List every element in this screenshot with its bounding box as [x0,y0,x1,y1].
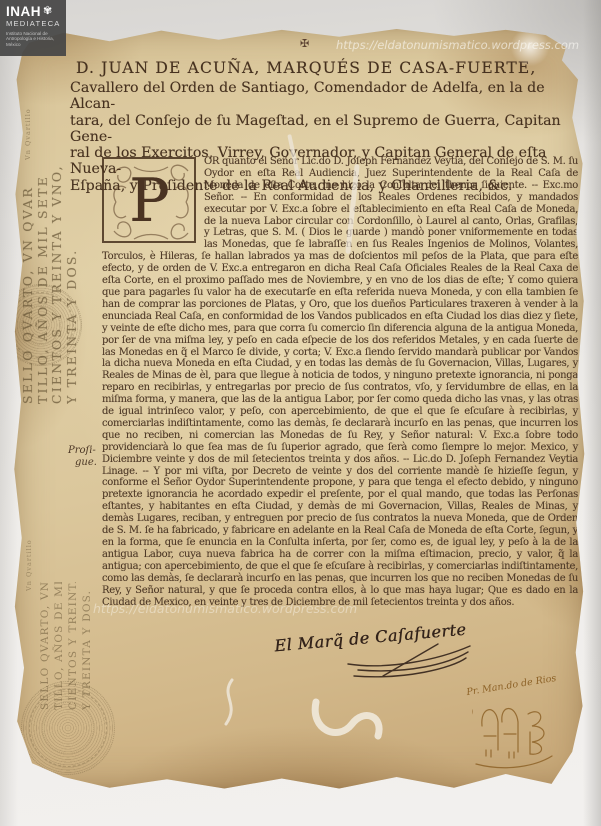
inah-logo: INAH ✾ MEDIATECA Instituto Nacional de A… [0,0,66,56]
document-title: D. JUAN DE ACUÑA, MARQUÉS DE CASA-FUERTE… [76,59,581,77]
inah-institute-label: Instituto Nacional de Antropología e His… [6,31,62,47]
body-text: P OR quanto el Señor Lic.do D. Joſeph Fe… [102,156,578,608]
ink-speck [573,741,590,758]
watermark-url-middle: https://eldatonumismatico.wordpress.com [93,601,357,616]
margin-note: Proſi- gue. [68,445,108,468]
subtitle-line: tara, del Conſejo de ſu Mageſtad, en el … [70,113,578,146]
rubric-flourish [472,692,568,780]
subtitle-line: Cavallero del Orden de Santiago, Comenda… [70,80,578,113]
tax-stamp-small-mark-bottom: Vn Qvartillo [25,529,38,591]
notarial-seal-top [0,284,82,366]
viceroy-signature: El Marq̃ de Caſafuerte [270,620,470,682]
photo-stage: SELLO QVARTO, VN QVAR TILLO, AÑOS DE MIL… [0,0,601,826]
notarial-seal-bottom [21,681,115,775]
signature-flourish [288,640,478,680]
watermark-url-top: https://eldatonumismatico.wordpress.com [336,38,579,52]
inah-rosette-icon: ✾ [43,6,52,17]
cross-ornament-icon: ✠ [300,37,311,50]
drop-cap-initial: P [102,157,196,243]
document-paper: SELLO QVARTO, VN QVAR TILLO, AÑOS DE MIL… [12,26,586,790]
inah-acronym: INAH [6,5,41,18]
tax-stamp-small-mark-top: Vn Qvartillo [24,92,38,160]
secretary-rubric: Pr. Man.do de Rios [452,674,582,784]
inah-mediateca-label: MEDIATECA [6,19,62,28]
paper-crease-curl [308,694,392,752]
paper-crease-curl [216,678,246,730]
